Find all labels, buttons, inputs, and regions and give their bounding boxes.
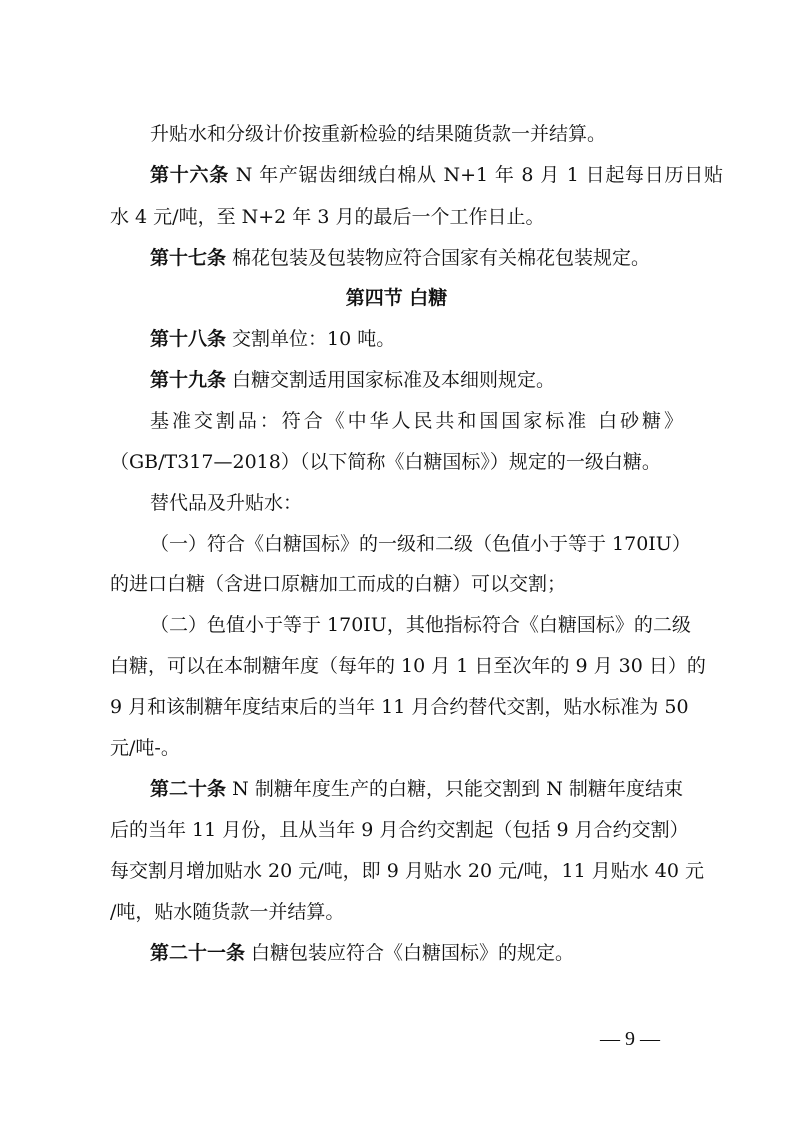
article-text: 白糖交割适用国家标准及本细则规定。 (226, 369, 555, 391)
article-text: 交割单位：10 吨。 (226, 328, 395, 350)
paragraph-line: 每交割月增加贴水 20 元/吨，即 9 月贴水 20 元/吨，11 月贴水 40… (110, 859, 683, 883)
paragraph-line: 基准交割品：符合《中华人民共和国国家标准 白砂糖》 (150, 409, 683, 433)
article-16-line-2: 水 4 元/吨，至 N+2 年 3 月的最后一个工作日止。 (110, 205, 793, 229)
page-number: — 9 — (600, 1028, 660, 1051)
paragraph-line: 替代品及升贴水： (150, 491, 793, 515)
article-16-line-1: 第十六条 N 年产锯齿细绒白棉从 N+1 年 8 月 1 日起每日历日贴 (150, 163, 723, 187)
article-text: 白糖包装应符合《白糖国标》的规定。 (245, 942, 574, 964)
article-label: 第十八条 (150, 328, 226, 350)
article-19: 第十九条 白糖交割适用国家标准及本细则规定。 (150, 368, 793, 392)
article-18: 第十八条 交割单位：10 吨。 (150, 327, 793, 351)
paragraph-line: 的进口白糖（含进口原糖加工而成的白糖）可以交割； (110, 572, 793, 596)
paragraph-line: （一）符合《白糖国标》的一级和二级（色值小于等于 170IU） (150, 532, 683, 556)
article-17: 第十七条 棉花包装及包装物应符合国家有关棉花包装规定。 (150, 246, 793, 270)
article-label: 第十六条 (150, 164, 229, 186)
article-text: 棉花包装及包装物应符合国家有关棉花包装规定。 (226, 247, 650, 269)
article-text: N 年产锯齿细绒白棉从 N+1 年 8 月 1 日起每日历日贴 (229, 164, 723, 186)
article-label: 第十七条 (150, 247, 226, 269)
article-label: 第二十条 (150, 778, 226, 800)
article-21: 第二十一条 白糖包装应符合《白糖国标》的规定。 (150, 941, 793, 965)
paragraph-line: （二）色值小于等于 170IU，其他指标符合《白糖国标》的二级 (150, 613, 683, 637)
paragraph-line: 升贴水和分级计价按重新检验的结果随货款一并结算。 (150, 122, 793, 146)
paragraph-line: 元/吨-。 (110, 736, 793, 760)
paragraph-line: 后的当年 11 月份，且从当年 9 月合约交割起（包括 9 月合约交割） (110, 818, 683, 842)
paragraph-line: （GB/T317—2018）（以下简称《白糖国标》）规定的一级白糖。 (110, 450, 793, 474)
article-text: N 制糖年度生产的白糖，只能交割到 N 制糖年度结束 (226, 778, 683, 800)
paragraph-line: 白糖，可以在本制糖年度（每年的 10 月 1 日至次年的 9 月 30 日）的 (110, 654, 683, 678)
paragraph-line: /吨，贴水随货款一并结算。 (110, 900, 793, 924)
article-20-line-1: 第二十条 N 制糖年度生产的白糖，只能交割到 N 制糖年度结束 (150, 777, 683, 801)
section-heading: 第四节 白糖 (0, 286, 793, 310)
article-label: 第十九条 (150, 369, 226, 391)
article-label: 第二十一条 (150, 942, 245, 964)
paragraph-line: 9 月和该制糖年度结束后的当年 11 月合约替代交割，贴水标准为 50 (110, 695, 683, 719)
